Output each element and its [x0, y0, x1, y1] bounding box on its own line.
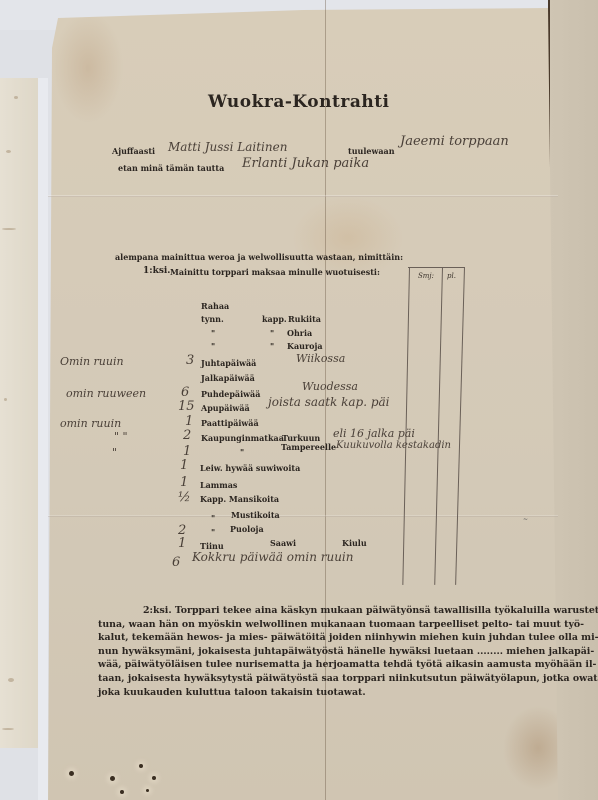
- table-top-rule: [408, 267, 464, 268]
- paragraph-line: joka kuukauden kuluttua taloon takaisin …: [98, 686, 568, 700]
- item-qty: 1: [183, 444, 191, 459]
- item-sub: ": [270, 341, 274, 351]
- pin-hole: [152, 776, 156, 780]
- place-handwritten: Erlanti Jukan paika: [242, 156, 369, 171]
- section2-paragraph: 2:ksi. Torppari tekee aina käskyn mukaan…: [98, 604, 568, 699]
- column-header-pl: pl.: [447, 272, 456, 280]
- item-note: eli 16 jalka päi: [333, 427, 415, 440]
- item-qty: 6: [172, 555, 180, 570]
- pin-hole: [69, 771, 74, 776]
- item-label: Puhdepäiwää: [201, 389, 260, 399]
- label-place: etan minä tämän tautta: [118, 163, 224, 173]
- item-label2: Mustikoita: [231, 510, 280, 520]
- item-label: ": [211, 527, 215, 537]
- item-qty: 3: [186, 353, 194, 368]
- item-label: Apupäiwää: [201, 403, 250, 413]
- item-qty: 15: [178, 399, 195, 414]
- paragraph-line: taan, jokaisesta hywäksytystä päiwätyöst…: [98, 672, 568, 686]
- item-left-note: " ": [114, 430, 128, 443]
- paragraph-line: tuna, waan hän on myöskin welwollinen mu…: [98, 618, 568, 632]
- item-qty: 2: [183, 428, 191, 443]
- item-label: ": [211, 328, 215, 338]
- item-label: Juhtapäiwää: [201, 358, 256, 368]
- pin-hole: [120, 790, 124, 794]
- item-note: Kuukuvolla kestakadin: [336, 440, 451, 451]
- item-qty: 1: [185, 414, 193, 429]
- background-gap: [38, 78, 48, 800]
- section1-heading: 1:ksi.: [143, 266, 170, 276]
- item-label2: Rukiita: [288, 314, 321, 324]
- item-label: Jalkapäiwää: [201, 373, 255, 383]
- paragraph-line: nun hywäksymäni, jokaisesta juhtapäiwäty…: [98, 645, 568, 659]
- document-title: Wuokra-Kontrahti: [208, 92, 390, 112]
- item-note: Wuodessa: [302, 380, 358, 393]
- item-label: ": [211, 341, 215, 351]
- item-label3: Kiulu: [342, 538, 367, 548]
- item-label: Paattipäiwää: [201, 418, 259, 428]
- paragraph-line: kalut, tekemään hewos- ja mies- päiwätöi…: [98, 631, 568, 645]
- intro-text: alempana mainittua weroa ja welwollisuut…: [115, 252, 403, 262]
- item-left-note: omin ruuween: [66, 387, 146, 400]
- item-sub: ": [270, 328, 274, 338]
- item-note: Kokkru päiwää omin ruuin: [192, 550, 354, 564]
- item-qty: 1: [180, 475, 188, 490]
- item-note: Wiikossa: [296, 352, 345, 365]
- item-label: Leiw. hywää suwiwoita: [200, 463, 300, 473]
- fold-crease-horizontal: [48, 515, 558, 517]
- item-left-note: omin ruuin: [60, 417, 121, 430]
- item-label2: Puoloja: [230, 524, 264, 534]
- item-label: tynn.: [201, 314, 224, 324]
- item-label: Kaupunginmatkaa: [201, 433, 284, 443]
- item-sub: kapp.: [262, 314, 287, 324]
- adjacent-document-left: [0, 78, 42, 748]
- pin-hole: [139, 764, 143, 768]
- pin-hole: [110, 776, 115, 781]
- paragraph-line: 2:ksi. Torppari tekee aina käskyn mukaan…: [98, 604, 568, 618]
- item-label2: Ohria: [287, 328, 312, 338]
- label-tenant: tuulewaan: [348, 146, 395, 156]
- item-label2: Kauroja: [287, 341, 323, 351]
- item-qty: 6: [181, 385, 189, 400]
- tenant-handwritten: Jaeemi torppaan: [400, 134, 509, 149]
- item-label: Lammas: [200, 480, 237, 490]
- item-label2: Tampereelle: [281, 442, 336, 452]
- label-owner: Ajuffaasti: [112, 146, 155, 156]
- item-qty: ½: [178, 490, 191, 505]
- fold-crease-horizontal: [48, 195, 558, 197]
- column-header-smj: Smj:: [418, 272, 434, 280]
- section1-text: Mainittu torppari maksaa minulle wuotuis…: [170, 267, 380, 277]
- item-label: Rahaa: [201, 301, 229, 311]
- item-note: joista saatk kap. päi: [268, 395, 390, 409]
- item-left-note: ": [112, 446, 117, 459]
- item-qty: 1: [178, 536, 186, 551]
- paragraph-line: wää, päiwätyöläisen tulee nurisematta ja…: [98, 658, 568, 672]
- item-label: ": [211, 513, 215, 523]
- item-left-note: Omin ruuin: [60, 355, 124, 368]
- small-stamp-mark: ~: [523, 516, 528, 523]
- owner-handwritten: Matti Jussi Laitinen: [168, 140, 287, 154]
- item-label2: Saawi: [270, 538, 296, 548]
- item-label: Kapp. Mansikoita: [200, 494, 279, 504]
- pin-hole: [146, 789, 149, 792]
- item-qty: 1: [180, 458, 188, 473]
- item-label: ": [240, 447, 244, 457]
